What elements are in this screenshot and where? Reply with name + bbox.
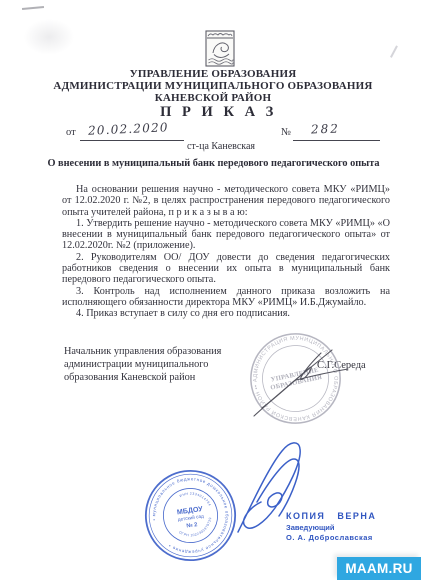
scan-smudge (14, 12, 84, 62)
paragraph-preamble: На основании решения научно - методическ… (62, 184, 390, 218)
scan-slash-mark (390, 45, 397, 57)
pencil-mark (22, 6, 44, 10)
director-signature (238, 330, 358, 428)
certifier-position: Заведующий (286, 523, 376, 532)
signer-position-block: Начальник управления образования админис… (64, 346, 249, 384)
date-underline: 20.02.2020 (80, 121, 184, 141)
paragraph-item-2: 2. Руководителям ОО/ ДОУ довести до свед… (62, 252, 390, 286)
signer-position-line2: администрации муниципального (64, 359, 249, 372)
organization-header: УПРАВЛЕНИЕ ОБРАЗОВАНИЯ АДМИНИСТРАЦИИ МУН… (6, 68, 420, 104)
subject-line: О внесении в муниципальный банк передово… (0, 158, 421, 169)
handwritten-date: 20.02.2020 (88, 120, 169, 138)
place-line: ст-ца Каневская (0, 141, 421, 152)
paragraph-item-1: 1. Утвердить решение научно - методическ… (62, 218, 390, 252)
scanned-order-document: УПРАВЛЕНИЕ ОБРАЗОВАНИЯ АДМИНИСТРАЦИИ МУН… (0, 0, 421, 580)
paragraph-item-4: 4. Приказ вступает в силу со дня его под… (62, 308, 390, 319)
signer-position-line3: образования Каневской район (64, 372, 249, 385)
number-label: № (281, 127, 291, 138)
blue-stamp-center-line3: № 2 (186, 522, 198, 529)
copy-certified-label: КОПИЯ ВЕРНА (286, 511, 376, 521)
paragraph-item-3: 3. Контроль над исполнением данного прик… (62, 286, 390, 309)
date-number-row: от 20.02.2020 № 282 (0, 123, 421, 143)
copy-certification-stamp: КОПИЯ ВЕРНА Заведующий О. А. Доброславск… (286, 511, 376, 542)
order-body: На основании решения научно - методическ… (62, 184, 390, 320)
signer-position-line1: Начальник управления образования (64, 346, 249, 359)
maam-ru-watermark[interactable]: MAAM.RU (337, 557, 421, 580)
document-type-title: П Р И К А З (0, 104, 421, 121)
kindergarten-round-stamp: • муниципальное бюджетное дошкольное обр… (137, 462, 244, 569)
date-label: от (66, 127, 76, 138)
number-underline: 282 (293, 121, 380, 141)
certifier-name: О. А. Доброславская (286, 533, 376, 542)
org-name-line3: КАНЕВСКОЙ РАЙОН (6, 92, 420, 104)
handwritten-number: 282 (311, 121, 340, 136)
org-name-line1: УПРАВЛЕНИЕ ОБРАЗОВАНИЯ (6, 68, 420, 80)
org-name-line2: АДМИНИСТРАЦИИ МУНИЦИПАЛЬНОГО ОБРАЗОВАНИЯ (6, 80, 420, 92)
coat-of-arms-icon (205, 30, 235, 67)
